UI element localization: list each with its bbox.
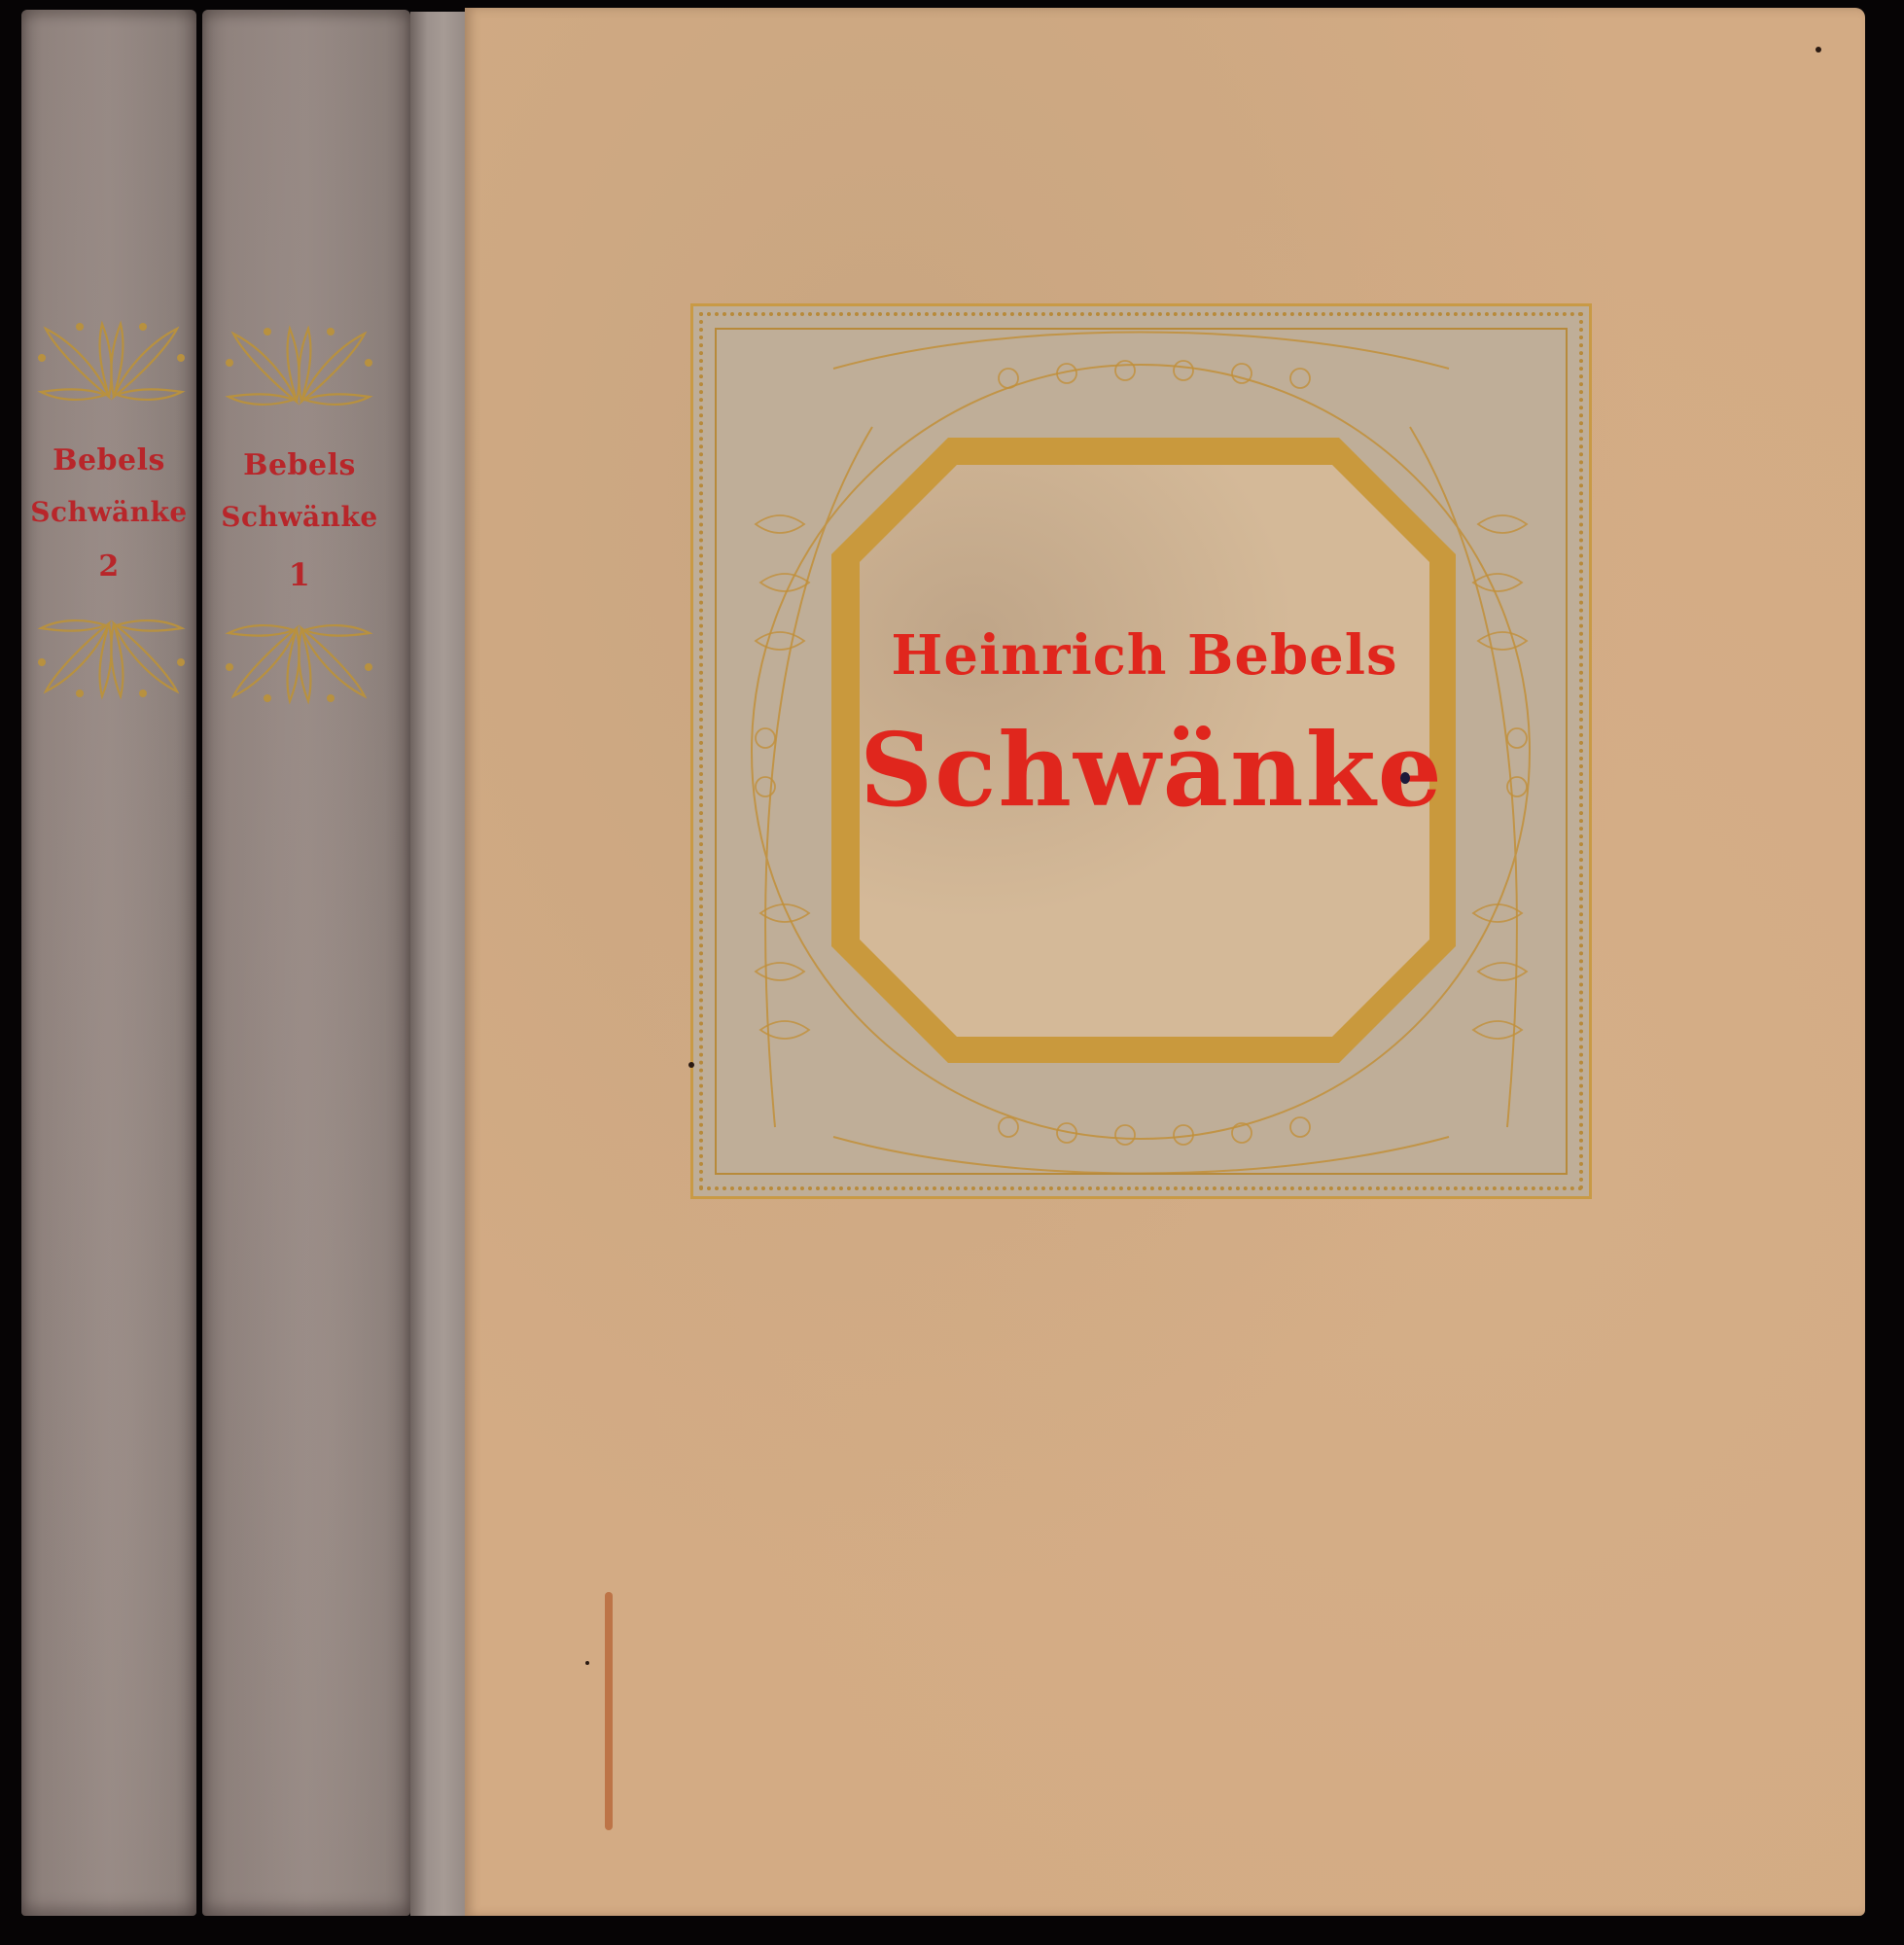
spine-author-text: Bebels [21,443,196,477]
leaf-ornament-bottom-icon [36,618,187,701]
spine-volume-number: 1 [202,556,397,593]
dirt-spot [688,1062,694,1068]
cover-hinge-strip [410,12,467,1916]
spine-author-text: Bebels [202,448,397,482]
leaf-ornament-top-icon [36,319,187,403]
front-cover: Heinrich Bebels Schwänke [465,8,1865,1916]
dirt-spot [585,1661,589,1665]
cover-author-text: Heinrich Bebels [860,623,1429,688]
spine-title-text: Schwänke [21,496,196,528]
ink-spot [1400,772,1410,784]
spine-volume-2: Bebels Schwänke 2 [21,10,196,1916]
spine-volume-number: 2 [21,549,196,583]
leaf-ornament-top-icon [224,324,374,407]
spine-title-text: Schwänke [202,501,397,533]
leaf-ornament-bottom-icon [224,622,374,706]
water-stain [605,1592,613,1830]
cover-title-text: Schwänke [860,710,1429,830]
dirt-spot [1816,47,1821,53]
spine-volume-1: Bebels Schwänke 1 [202,10,410,1916]
